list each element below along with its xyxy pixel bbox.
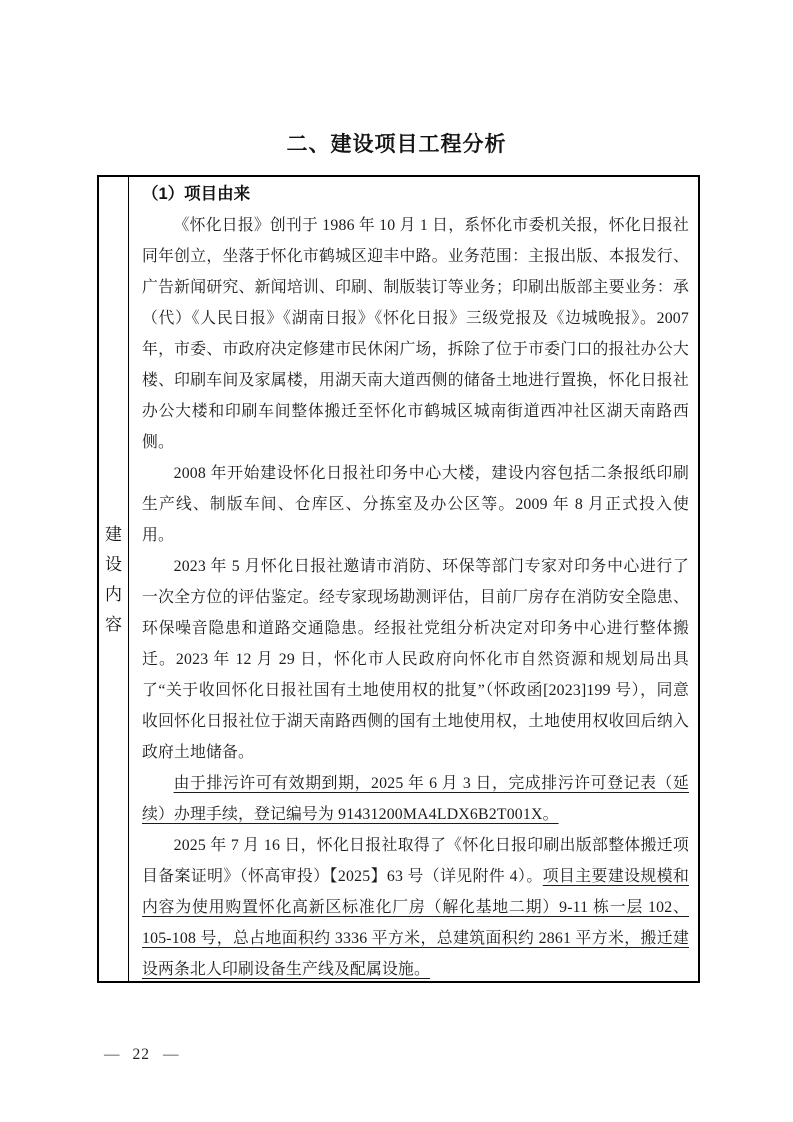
paragraph-pollution-discharge-permit: 由于排污许可有效期到期，2025 年 6 月 3 日，完成排污许可登记表（延续）… [142, 768, 689, 830]
underlined-text-segment: 由于排污许可有效期到期，2025 年 6 月 3 日，完成排污许可登记表（延续）… [142, 775, 689, 823]
paragraph-newspaper-history: 《怀化日报》创刊于 1986 年 10 月 1 日，系怀化市委机关报，怀化日报社… [142, 210, 689, 458]
row-label-char: 内 [105, 586, 122, 603]
text-segment: 2008 年开始建设怀化日报社印务中心大楼，建设内容包括二条报纸印刷生产线、制版… [142, 465, 689, 544]
page-title: 二、建设项目工程分析 [0, 128, 793, 158]
table-content-cell: （1）项目由来 《怀化日报》创刊于 1986 年 10 月 1 日，系怀化市委机… [129, 177, 698, 981]
table-row-header-cell: 建 设 内 容 [99, 177, 129, 981]
text-segment: 2023 年 5 月怀化日报社邀请市消防、环保等部门专家对印务中心进行了一次全方… [142, 558, 689, 761]
footer-dash: — [163, 1046, 179, 1064]
page-footer: — 22 — [104, 1046, 179, 1064]
paragraph-printing-center-construction: 2008 年开始建设怀化日报社印务中心大楼，建设内容包括二条报纸印刷生产线、制版… [142, 458, 689, 551]
page-number: 22 [133, 1046, 151, 1064]
construction-content-table: 建 设 内 容 （1）项目由来 《怀化日报》创刊于 1986 年 10 月 1 … [97, 175, 700, 983]
row-label-char: 设 [105, 556, 122, 573]
section-heading: （1）项目由来 [142, 179, 689, 210]
document-page: 二、建设项目工程分析 建 设 内 容 （1）项目由来 《怀化日报》创刊于 198… [0, 0, 793, 1122]
footer-dash: — [104, 1046, 120, 1064]
paragraph-relocation-decision: 2023 年 5 月怀化日报社邀请市消防、环保等部门专家对印务中心进行了一次全方… [142, 551, 689, 768]
text-segment: 《怀化日报》创刊于 1986 年 10 月 1 日，系怀化市委机关报，怀化日报社… [142, 217, 689, 451]
row-label-char: 建 [105, 526, 122, 543]
row-label-char: 容 [105, 616, 122, 633]
paragraph-project-filing-certificate: 2025 年 7 月 16 日，怀化日报社取得了《怀化日报印刷出版部整体搬迁项目… [142, 830, 689, 981]
